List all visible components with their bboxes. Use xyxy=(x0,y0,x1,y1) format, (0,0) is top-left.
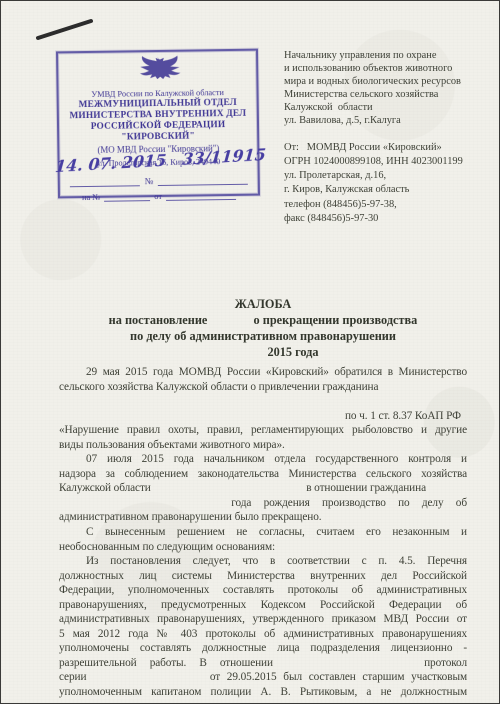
body-line: «Нарушение правил охоты, правил, регламе… xyxy=(59,423,467,438)
title-word: ЖАЛОБА xyxy=(59,296,467,312)
body-line: Федерации, уполномоченных составлять про… xyxy=(59,583,467,598)
body-line: разрешительной работы. В отношении прото… xyxy=(59,656,467,671)
body-line: должностных лиц системы Министерства вну… xyxy=(59,569,467,584)
stamp-org-short: (МО МВД России "Кировский") xyxy=(59,143,257,157)
redacted-gap xyxy=(153,489,303,491)
stamp-footer-na-label: на № xyxy=(82,193,100,202)
recipient-line: Калужской области xyxy=(284,101,463,114)
title-line: по делу об административном правонарушен… xyxy=(59,328,467,344)
recipient-block: Начальнику управления по охране и исполь… xyxy=(284,49,463,226)
body-line: по ч. 1 ст. 8.37 КоАП РФ xyxy=(59,409,467,424)
recipient-line: Начальнику управления по охране xyxy=(284,49,463,62)
body-line: Из постановления следует, что в соответс… xyxy=(59,554,467,569)
body-line: правонарушениях, предусмотренных Кодексо… xyxy=(59,598,467,613)
redacted-gap xyxy=(210,322,250,324)
body-line: виды пользования объектами животного мир… xyxy=(59,438,467,453)
redacted-gap xyxy=(59,504,219,506)
recipient-line: ул. Вавилова, д.5, г.Калуга xyxy=(284,114,463,127)
body-line: уполномочены составлять должностные лица… xyxy=(59,641,467,656)
body-line: С вынесенным решением не согласны, счита… xyxy=(59,525,467,540)
stamp-footer-row: на № от xyxy=(60,185,258,203)
body-line: года рождения производство по делу об xyxy=(59,496,467,511)
body-line: 29 мая 2015 года МОМВД России «Кировский… xyxy=(59,365,467,380)
pen-stroke-mark xyxy=(29,13,101,45)
title-line: на постановление о прекращении производс… xyxy=(59,312,467,328)
body-line xyxy=(59,394,467,409)
stamp-footer-line xyxy=(104,187,150,202)
body-line: сельского хозяйства Калужской области о … xyxy=(59,380,467,395)
body-line: уполномоченным капитаном полиции А. В. Р… xyxy=(59,685,467,700)
registration-stamp: УМВД России по Калужской области МЕЖМУНИ… xyxy=(56,49,260,199)
document-title: ЖАЛОБА на постановление о прекращении пр… xyxy=(59,296,467,360)
sender-line: факс (848456)5-97-30 xyxy=(284,212,463,226)
sender-line: От: МОМВД России «Кировский» xyxy=(284,141,463,155)
sender-line: ОГРН 1024000899108, ИНН 4023001199 xyxy=(284,155,463,169)
body-line: административном правонарушении было пре… xyxy=(59,510,467,525)
recipient-line: и использованию объектов животного xyxy=(284,62,463,75)
body-line: 5 мая 2012 года № 403 протоколы об админ… xyxy=(59,627,467,642)
redacted-gap xyxy=(207,354,267,356)
body-line: административных правонарушениях, утверж… xyxy=(59,612,467,627)
sender-line: г. Киров, Калужская область xyxy=(284,183,463,197)
sender-line: ул. Пролетарская, д.16, xyxy=(284,169,463,183)
recipient-line: Министерства сельского хозяйства xyxy=(284,88,463,101)
body-line: Калужской области в отношении гражданина xyxy=(59,481,467,496)
stamp-number-line xyxy=(158,171,248,186)
stamp-date-line xyxy=(69,172,139,187)
recipient-line: мира и водных биологических ресурсов xyxy=(284,75,463,88)
body-line: серии от 29.05.2015 был составлен старши… xyxy=(59,670,467,685)
scanned-document-page: УМВД России по Калужской области МЕЖМУНИ… xyxy=(0,0,500,704)
redacted-gap xyxy=(286,664,411,666)
stamp-date-number-row: № xyxy=(60,168,258,188)
stamp-footer-ot-label: от xyxy=(154,192,162,201)
redacted-gap xyxy=(93,678,203,680)
body-line: надзора за соблюдением законодательства … xyxy=(59,467,467,482)
body-text: 29 мая 2015 года МОМВД России «Кировский… xyxy=(59,365,467,700)
title-line: 2015 года xyxy=(59,344,467,360)
sender-line: телефон (848456)5-97-38, xyxy=(284,198,463,212)
sender-block: От: МОМВД России «Кировский» ОГРН 102400… xyxy=(284,141,463,227)
mvd-double-eagle-emblem-icon xyxy=(128,55,186,83)
stamp-footer-line xyxy=(166,186,236,201)
stamp-number-sign: № xyxy=(144,176,153,186)
body-line: 07 июля 2015 года начальником отдела гос… xyxy=(59,452,467,467)
body-line: необоснованным по следующим основаниям: xyxy=(59,540,467,555)
